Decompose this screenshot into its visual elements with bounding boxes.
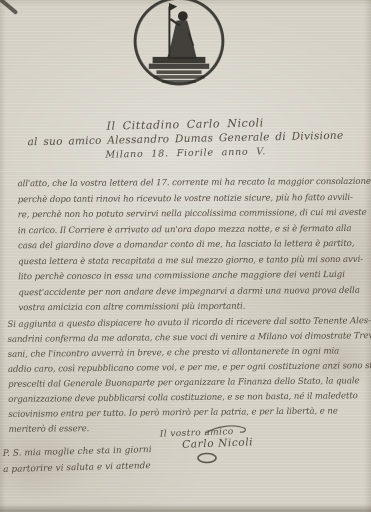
standing-figure [149,4,208,83]
letter-heading: Il Cittadino Carlo Nicoli al suo amico A… [0,114,371,163]
handwritten-line: quest'accidente per non andare deve impe… [18,283,368,301]
handwritten-line: a partorire vi saluta e vi attende [3,458,152,478]
postscript-block: P. S. mia moglie che sta in giornia part… [3,442,153,478]
signature-flourish-icon [204,424,248,436]
handwritten-line: all'atto, che la vostra lettera del 17. … [18,175,368,193]
letter-scan-page: Il Cittadino Carlo Nicoli al suo amico A… [0,0,371,512]
body-paragraph-1: all'atto, che la vostra lettera del 17. … [18,175,369,317]
paper-crease [0,171,371,173]
body-paragraph-2: Si aggiunta a questo dispiacere ho avuto… [7,314,368,438]
liberty-figure-seal-icon [131,0,227,90]
handwritten-line: lito perchè conosco in essa una commissi… [18,268,368,286]
signature-name: Carlo Nicoli [182,436,253,450]
handwritten-line: casa del giardino dove a domandar conto … [18,237,368,255]
handwritten-line: re, perchè non ho potuto servirvi nella … [18,206,368,224]
signature-paraph-icon [196,452,218,464]
corner-fold-mark [0,0,18,15]
